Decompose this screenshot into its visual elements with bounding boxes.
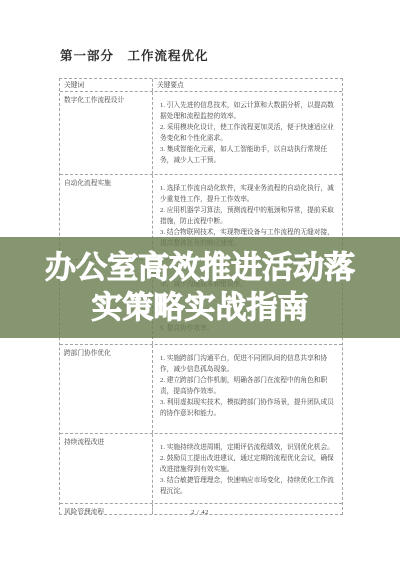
banner-text-line2: 实策略实战指南	[92, 288, 309, 328]
point-text: 1. 实施持续改进周期，定期评估流程绩效，识别优化机会。	[160, 442, 339, 453]
point-text: 2. 鼓励员工提出改进建议，通过定期的流程优化会议，确保改进措施得到有效实施。	[160, 453, 339, 475]
row-points: 1. 引入先进的信息技术，如云计算和大数据分析，以提高数据处理和流程监控的效率。…	[153, 92, 342, 174]
point-text: 1. 选择工作流自动化软件，实现业务流程的自动化执行，减少重复性工作，提升工作效…	[160, 183, 339, 205]
column-header-points: 关键要点	[153, 79, 342, 91]
point-text: 2. 应用机器学习算法，预测流程中的瓶颈和异常，提前采取措施，防止流程中断。	[160, 205, 339, 227]
row-points: 1. 实施跨部门沟通平台，促进不同团队间的信息共享和协作，减少信息孤岛现象。2.…	[153, 345, 342, 433]
table-row: 持续流程改进1. 实施持续改进周期，定期评估流程绩效，识别优化机会。2. 鼓励员…	[60, 433, 342, 503]
point-text: 2. 采用模块化设计，使工作流程更加灵活，便于快速适应业务变化和个性化需求。	[160, 122, 339, 144]
table-row: 数字化工作流程设计1. 引入先进的信息技术，如云计算和大数据分析，以提高数据处理…	[60, 91, 342, 174]
point-text: 1. 实施跨部门沟通平台，促进不同团队间的信息共享和协作，减少信息孤岛现象。	[160, 353, 339, 375]
document-page: 第一部分 工作流程优化 关键词 关键要点 数字化工作流程设计1. 引入先进的信息…	[0, 0, 400, 566]
page-title: 第一部分 工作流程优化	[60, 46, 209, 64]
table-header-row: 关键词 关键要点	[60, 79, 342, 91]
column-header-keyword: 关键词	[60, 79, 153, 91]
point-text: 2. 建立跨部门合作机制，明确各部门在流程中的角色和职责，提高协作效率。	[160, 375, 339, 397]
point-text: 3. 利用虚拟现实技术，模拟跨部门协作场景，提升团队成员的协作意识和能力。	[160, 397, 339, 419]
point-text: 3. 集成智能化元素，如人工智能助手，以自动执行常规任务，减少人工干预。	[160, 144, 339, 166]
row-points: 1. 实施持续改进周期，定期评估流程绩效，识别优化机会。2. 鼓励员工提出改进建…	[153, 434, 342, 503]
table-row: 跨部门协作优化1. 实施跨部门沟通平台，促进不同团队间的信息共享和协作，减少信息…	[60, 344, 342, 433]
row-keyword: 数字化工作流程设计	[60, 92, 153, 174]
banner-text-line1: 办公室高效推进活动落	[45, 248, 355, 288]
title-banner-overlay: 办公室高效推进活动落 实策略实战指南	[0, 237, 400, 338]
point-text: 3. 结合敏捷管理理念，快速响应市场变化，持续优化工作流程沉淀。	[160, 475, 339, 497]
row-keyword: 持续流程改进	[60, 434, 153, 503]
page-number: 2 / 42	[0, 509, 400, 516]
row-keyword: 跨部门协作优化	[60, 345, 153, 433]
point-text: 1. 引入先进的信息技术，如云计算和大数据分析，以提高数据处理和流程监控的效率。	[160, 100, 339, 122]
